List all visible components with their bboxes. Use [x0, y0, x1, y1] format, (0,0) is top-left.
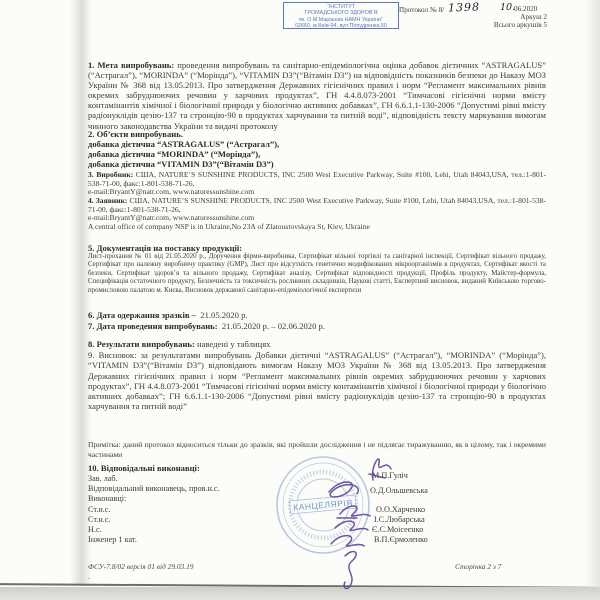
section-8-results: 8. Результати випробувань: наведені у та…: [88, 339, 270, 349]
section-3-manufacturer: 3. Виробник: США, NATURE’S SUNSHINE PROD…: [88, 171, 546, 188]
role-senior-researcher-2: Ст.н.с.: [88, 515, 220, 525]
footer-page-number: Сторінка 2 з 7: [455, 562, 501, 571]
sheet-number: Аркуш 2: [420, 13, 547, 21]
role-senior-researcher-1: Ст.н.с.: [88, 505, 220, 515]
role-engineer: Інженер 1 кат.: [88, 535, 220, 545]
scanned-document: “ІНСТИТУТ ГРОМАДСЬКОГО ЗДОРОВ’Я ім. О.М.…: [0, 0, 600, 600]
page-right-edge-shadow: [584, 0, 600, 586]
section-1-text: проведення випробувань та санітарно-епід…: [88, 60, 546, 131]
section-9-label: 9. Висновок:: [88, 350, 137, 360]
total-sheets: Всього аркушів 5: [420, 21, 547, 29]
section-7-test-dates: 7. Дата проведення випробувань: 21.05.20…: [88, 321, 325, 331]
section-8-label: 8. Результати випробувань:: [88, 339, 195, 349]
section-5-title: 5. Документація на поставку продукції:: [88, 243, 242, 253]
section-2-item-morinda: добавка дієтична “MORINDA” (“Морінда”),: [88, 149, 260, 159]
section-7-label: 7. Дата проведення випробувань:: [88, 321, 218, 331]
date-printed: 06.2020: [514, 5, 537, 13]
section-6-label: 6. Дата одержання зразків –: [88, 310, 196, 320]
institute-stamp-line4: 02660, м.Київ-94, вул.Попудренка,50: [284, 23, 398, 29]
institute-stamp: “ІНСТИТУТ ГРОМАДСЬКОГО ЗДОРОВ’Я ім. О.М.…: [283, 2, 399, 29]
section-6-sample-date: 6. Дата одержання зразків – 21.05.2020 р…: [88, 310, 248, 320]
role-researcher: Н.с.: [88, 525, 220, 535]
section-3-text: США, NATURE’S SUNSHINE PRODUCTS, INC 250…: [88, 170, 546, 188]
date-handwritten: 10.: [500, 2, 515, 13]
section-1-purpose: 1. Мета випробувань: проведення випробув…: [88, 60, 546, 131]
section-2-item-astragalus: добавка дієтична “ASTRAGALUS” (“Астрагал…: [88, 139, 279, 149]
footer-form-code: ФСУ-7.8/02 версія 01 від 29.03.19: [88, 562, 194, 571]
section-9-text: за результатами випробувань Добавки дієт…: [88, 350, 546, 411]
section-4-text: США, NATURE’S SUNSHINE PRODUCTS, INC 250…: [88, 196, 546, 214]
section-9-conclusion: 9. Висновок: за результатами випробувань…: [88, 350, 546, 412]
handwritten-signatures: [329, 459, 391, 588]
section-6-value: 21.05.2020 р.: [200, 310, 247, 320]
footer-dot: .: [88, 572, 90, 581]
role-responsible-executor: Відповідальний виконавець, пров.н.с.: [88, 484, 220, 494]
section-8-value: наведені у таблицях: [195, 339, 271, 349]
section-1-label: 1. Мета випробувань:: [88, 60, 174, 70]
section-4-label: 4. Заявник:: [88, 196, 127, 205]
section-4-applicant: 4. Заявник: США, NATURE’S SUNSHINE PRODU…: [88, 197, 546, 214]
executor-roles: Зав. лаб. Відповідальний виконавець, про…: [88, 474, 220, 545]
section-3-label: 3. Виробник:: [88, 170, 133, 179]
section-7-value: 21.05.2020 р. – 02.06.2020 р.: [222, 321, 325, 331]
section-5-documents: Лист-прохання № 01 від 21.05.2020 р., До…: [88, 253, 546, 295]
section-4-office: A central office of company NSP is in Uk…: [88, 223, 370, 232]
section-10-title: 10. Відповідальні виконавці:: [88, 463, 200, 473]
role-head-of-lab: Зав. лаб.: [88, 474, 220, 484]
role-executors-label: Виконавці:: [88, 494, 220, 504]
section-2-item-vitamind3: добавка дієтична “VITAMIN D3”(“Вітамін D…: [88, 159, 274, 169]
round-stamp-and-signatures: КАНЦЕЛЯРІЯ: [245, 428, 435, 598]
section-2-title: 2. Об’єкти випробувань.: [88, 129, 183, 139]
